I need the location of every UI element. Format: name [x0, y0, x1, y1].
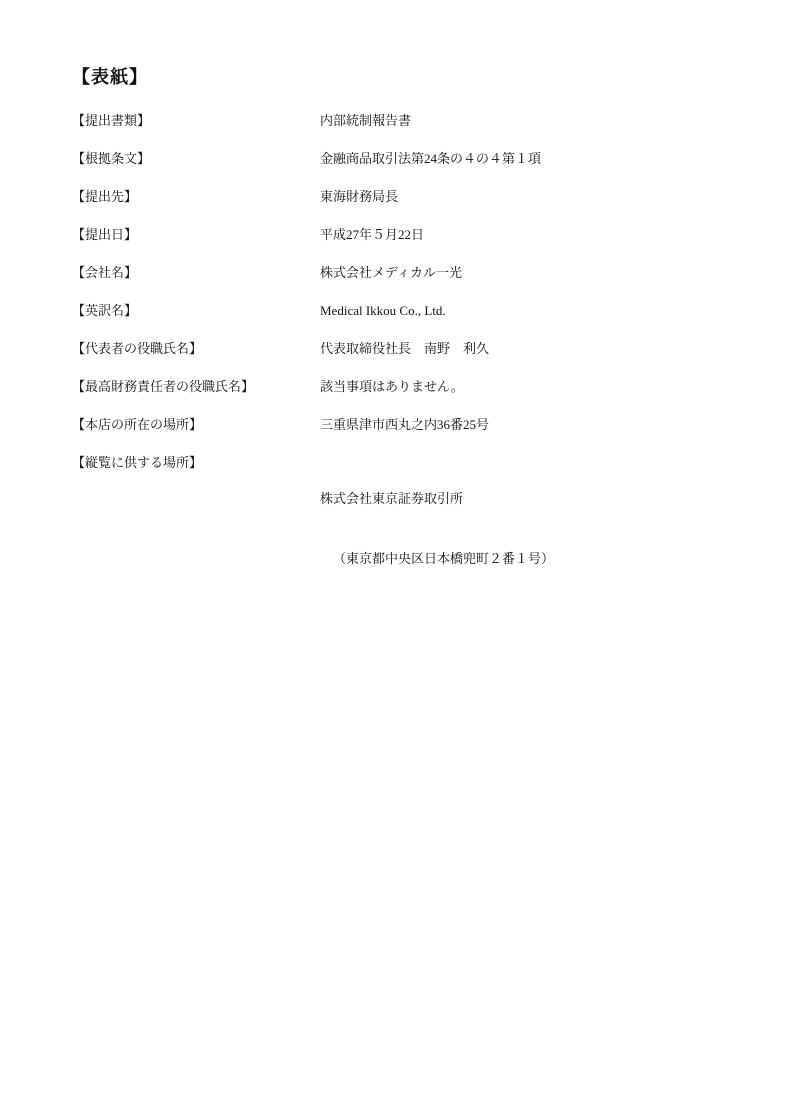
field-row-legal-basis: 【根拠条文】 金融商品取引法第24条の４の４第１項 — [72, 150, 730, 168]
field-value: 該当事項はありません。 — [320, 378, 730, 396]
field-label: 【本店の所在の場所】 — [72, 416, 320, 434]
field-label: 【最高財務責任者の役職氏名】 — [72, 378, 320, 396]
field-label: 【英訳名】 — [72, 302, 320, 320]
page-title: 【表紙】 — [72, 64, 730, 90]
field-label: 【代表者の役職氏名】 — [72, 340, 320, 358]
cover-page-content: 【表紙】 【提出書類】 内部統制報告書 【根拠条文】 金融商品取引法第24条の４… — [72, 64, 730, 624]
field-label: 【提出書類】 — [72, 112, 320, 130]
field-value: 金融商品取引法第24条の４の４第１項 — [320, 150, 730, 168]
field-row-cfo: 【最高財務責任者の役職氏名】 該当事項はありません。 — [72, 378, 730, 396]
field-value: 株式会社東京証券取引所 （東京都中央区日本橋兜町２番１号） — [320, 454, 730, 604]
field-value: 平成27年５月22日 — [320, 226, 730, 244]
field-label: 【提出日】 — [72, 226, 320, 244]
field-value: 株式会社メディカル一光 — [320, 264, 730, 282]
field-value: 三重県津市西丸之内36番25号 — [320, 416, 730, 434]
field-value-line2: （東京都中央区日本橋兜町２番１号） — [320, 550, 730, 568]
field-value: 代表取締役社長 南野 利久 — [320, 340, 730, 358]
field-row-submitted-to: 【提出先】 東海財務局長 — [72, 188, 730, 206]
field-row-company-name: 【会社名】 株式会社メディカル一光 — [72, 264, 730, 282]
field-value: 内部統制報告書 — [320, 112, 730, 130]
field-row-submission-date: 【提出日】 平成27年５月22日 — [72, 226, 730, 244]
field-label: 【縦覧に供する場所】 — [72, 454, 320, 472]
field-value-line1: 株式会社東京証券取引所 — [320, 490, 730, 508]
document-page: 【表紙】 【提出書類】 内部統制報告書 【根拠条文】 金融商品取引法第24条の４… — [0, 0, 790, 1118]
field-value: 東海財務局長 — [320, 188, 730, 206]
field-label: 【根拠条文】 — [72, 150, 320, 168]
field-label: 【提出先】 — [72, 188, 320, 206]
field-label: 【会社名】 — [72, 264, 320, 282]
field-row-english-name: 【英訳名】 Medical Ikkou Co., Ltd. — [72, 302, 730, 320]
field-row-representative: 【代表者の役職氏名】 代表取締役社長 南野 利久 — [72, 340, 730, 358]
field-row-head-office: 【本店の所在の場所】 三重県津市西丸之内36番25号 — [72, 416, 730, 434]
field-row-submitted-document: 【提出書類】 内部統制報告書 — [72, 112, 730, 130]
field-value: Medical Ikkou Co., Ltd. — [320, 302, 730, 320]
field-row-public-inspection: 【縦覧に供する場所】 株式会社東京証券取引所 （東京都中央区日本橋兜町２番１号） — [72, 454, 730, 604]
